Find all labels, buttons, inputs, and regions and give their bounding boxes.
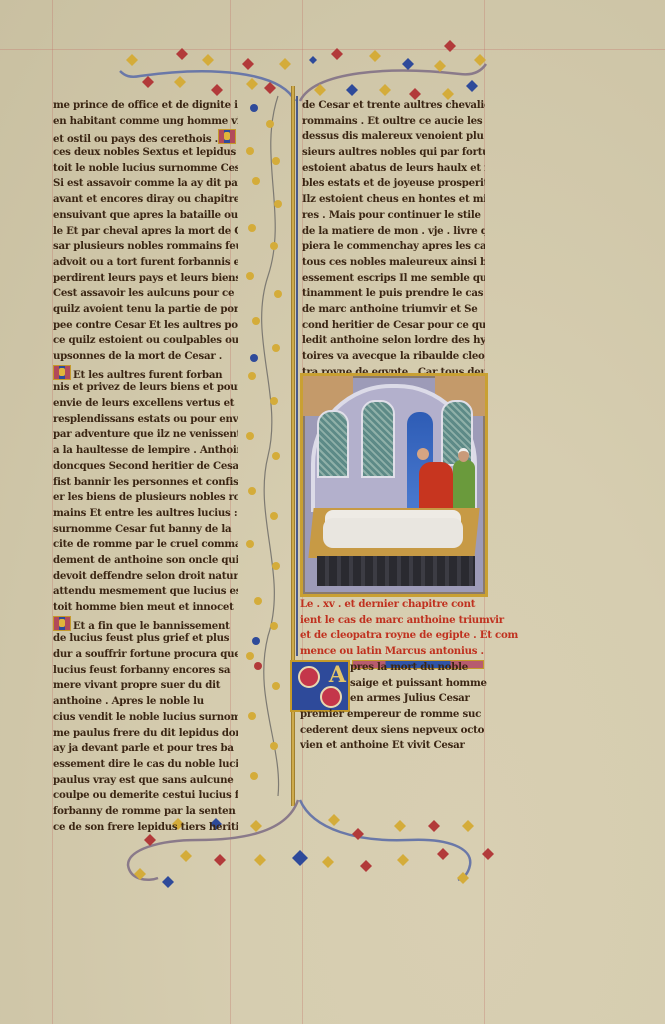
text-line: surnomme Cesar fut banny de la	[53, 522, 238, 538]
text-line: dement de anthoine son oncle qui le	[53, 553, 238, 569]
text-line: sar plusieurs nobles rommains feust	[53, 239, 238, 255]
lancet-window	[317, 410, 349, 478]
text-line: ce de son frere lepidus tiers heritier	[53, 820, 238, 836]
manuscript-page: me prince de office et de dignite imperi…	[0, 0, 665, 1024]
text-line: mains Et entre les aultres lucius :	[53, 506, 238, 522]
initial-flower	[320, 686, 342, 708]
text-line: et ostil ou pays des cerethois .	[53, 129, 238, 145]
rubric-line: et de cleopatra royne de egipte . Et com	[300, 628, 518, 644]
mourner-head	[417, 448, 429, 460]
text-line: Et a fin que le bannissement	[53, 616, 238, 632]
text-line: upsonnes de la mort de Cesar .	[53, 349, 238, 365]
decorated-initial	[53, 616, 71, 631]
text-line: par adventure que ilz ne venissent	[53, 427, 238, 443]
text-line: pres la mort du noble	[350, 660, 487, 676]
text-line: envie de leurs excellens vertus et	[53, 396, 238, 412]
text-line: en habitant comme ung homme villai	[53, 114, 238, 130]
turbaned-head	[458, 448, 469, 462]
text-line: coulpe ou demerite cestui lucius fut	[53, 788, 238, 804]
text-line: perdirent leurs pays et leurs biens	[53, 271, 238, 287]
text-line: de lucius feust plus grief et plus	[53, 631, 238, 647]
text-line: le Et par cheval apres la mort de Ce	[53, 224, 238, 240]
text-line: vien et anthoine Et vivit Cesar	[300, 738, 484, 754]
text-line: toit le noble lucius surnomme Cesar	[53, 161, 238, 177]
miniature-painting	[300, 373, 488, 597]
text-line: anthoine . Apres le noble lu	[53, 694, 238, 710]
text-line: devoit deffendre selon droit naturel	[53, 569, 238, 585]
text-line: mere vivant propre suer du dit	[53, 678, 238, 694]
side-vine-border	[238, 96, 294, 796]
text-line: nis et privez de leurs biens et pour	[53, 380, 238, 396]
text-line: advoit ou a tort furent forbannis et	[53, 255, 238, 271]
text-line: ces deux nobles Sextus et lepidus et	[53, 145, 238, 161]
text-line: bles estats et de joyeuse prosperite .	[302, 176, 485, 192]
text-line: cius vendit le noble lucius surnom	[53, 710, 238, 726]
text-line: tous ces nobles maleureux ainsi ba	[302, 255, 485, 271]
lancet-window	[361, 400, 395, 478]
chapter-opening-text: pres la mort du noble saige et puissant …	[350, 660, 487, 707]
text-line: resplendissans estats ou pour envie	[53, 412, 238, 428]
text-line: essement escrips Il me semble que par	[302, 271, 485, 287]
rubric-line: Le . xv . et dernier chapitre cont	[300, 597, 518, 613]
text-line: me paulus frere du dit lepidus dont	[53, 726, 238, 742]
text-line: quilz avoient tenu la partie de pom	[53, 302, 238, 318]
text-line: er les biens de plusieurs nobles rom	[53, 490, 238, 506]
text-line: tinamment le puis prendre le cas	[302, 286, 485, 302]
top-vine-border	[120, 36, 490, 106]
text-line: ce quilz estoient ou coulpables ou so	[53, 333, 238, 349]
decorated-initial	[218, 129, 236, 144]
rubric-line: mence ou latin Marcus antonius .	[300, 644, 518, 660]
turbaned-figure	[453, 460, 475, 510]
text-line: ensuivant que apres la bataille ou	[53, 208, 238, 224]
text-line: de la matiere de mon . vje . livre que	[302, 224, 485, 240]
initial-flower	[298, 666, 320, 688]
text-line: Si est assavoir comme la ay dit par	[53, 176, 238, 192]
text-line: Ilz estoient cheus en hontes et mise	[302, 192, 485, 208]
shrouded-bodies	[323, 518, 463, 548]
text-line: sieurs aultres nobles qui par fortune	[302, 145, 485, 161]
text-line: saige et puissant homme	[350, 676, 487, 692]
text-line: premier empereur de romme suc	[300, 707, 484, 723]
mourner-figure	[419, 462, 453, 510]
text-line: piera le commenchay apres les cas de	[302, 239, 485, 255]
blue-border-bar	[296, 96, 298, 656]
text-line: cite de romme par le cruel comman	[53, 537, 238, 553]
text-line: rommains . Et oultre ce aucie les :	[302, 114, 485, 130]
text-line: ay ja devant parle et pour tres ba	[53, 741, 238, 757]
text-line: estoient abatus de leurs haulx et no	[302, 161, 485, 177]
text-line: doncques Second heritier de Cesar	[53, 459, 238, 475]
text-line: toires va avecque la ribaulde cleopa	[302, 349, 485, 365]
text-line: de Cesar et trente aultres chevaliers	[302, 98, 485, 114]
text-line: Cest assavoir les aulcuns pour ce	[53, 286, 238, 302]
text-line: forbanny de romme par la senten	[53, 804, 238, 820]
chapter-continuation-text: premier empereur de romme suc cederent d…	[300, 707, 484, 754]
historiated-initial-A: A	[290, 660, 350, 712]
initial-letter: A	[329, 662, 346, 688]
text-line: dessus dis malereux venoient plu	[302, 129, 485, 145]
text-line: cederent deux siens nepveux octo	[300, 723, 484, 739]
decorated-initial	[53, 365, 71, 380]
text-line: fist bannir les personnes et confisqu	[53, 475, 238, 491]
left-text-column: me prince de office et de dignite imperi…	[53, 98, 238, 835]
text-line: en armes Julius Cesar	[350, 691, 487, 707]
text-line: ledit anthoine selon lordre des hys	[302, 333, 485, 349]
text-line: lucius feust forbanny encores sa	[53, 663, 238, 679]
text-line: attendu mesmement que lucius est	[53, 584, 238, 600]
text-line: toit homme bien meut et innocet	[53, 600, 238, 616]
text-line: Et les aultres furent forban	[53, 365, 238, 381]
text-line: pee contre Cesar Et les aultres pour	[53, 318, 238, 334]
text-line: cond heritier de Cesar pour ce que	[302, 318, 485, 334]
rubric-line: ient le cas de marc anthoine triumvir	[300, 613, 518, 629]
text-line: avant et encores diray ou chapitre :	[53, 192, 238, 208]
text-line: me prince de office et de dignite imperi…	[53, 98, 238, 114]
text-line: dur a souffrir fortune procura que	[53, 647, 238, 663]
text-line: a la haultesse de lempire . Anthoine	[53, 443, 238, 459]
right-text-column: de Cesar et trente aultres chevaliers ro…	[302, 98, 485, 412]
text-line: paulus vray est que sans aulcune	[53, 773, 238, 789]
text-line: res . Mais pour continuer le stile	[302, 208, 485, 224]
tomb-base	[317, 556, 475, 586]
text-line: de marc anthoine triumvir et Se	[302, 302, 485, 318]
text-line: essement dire le cas du noble lucius	[53, 757, 238, 773]
